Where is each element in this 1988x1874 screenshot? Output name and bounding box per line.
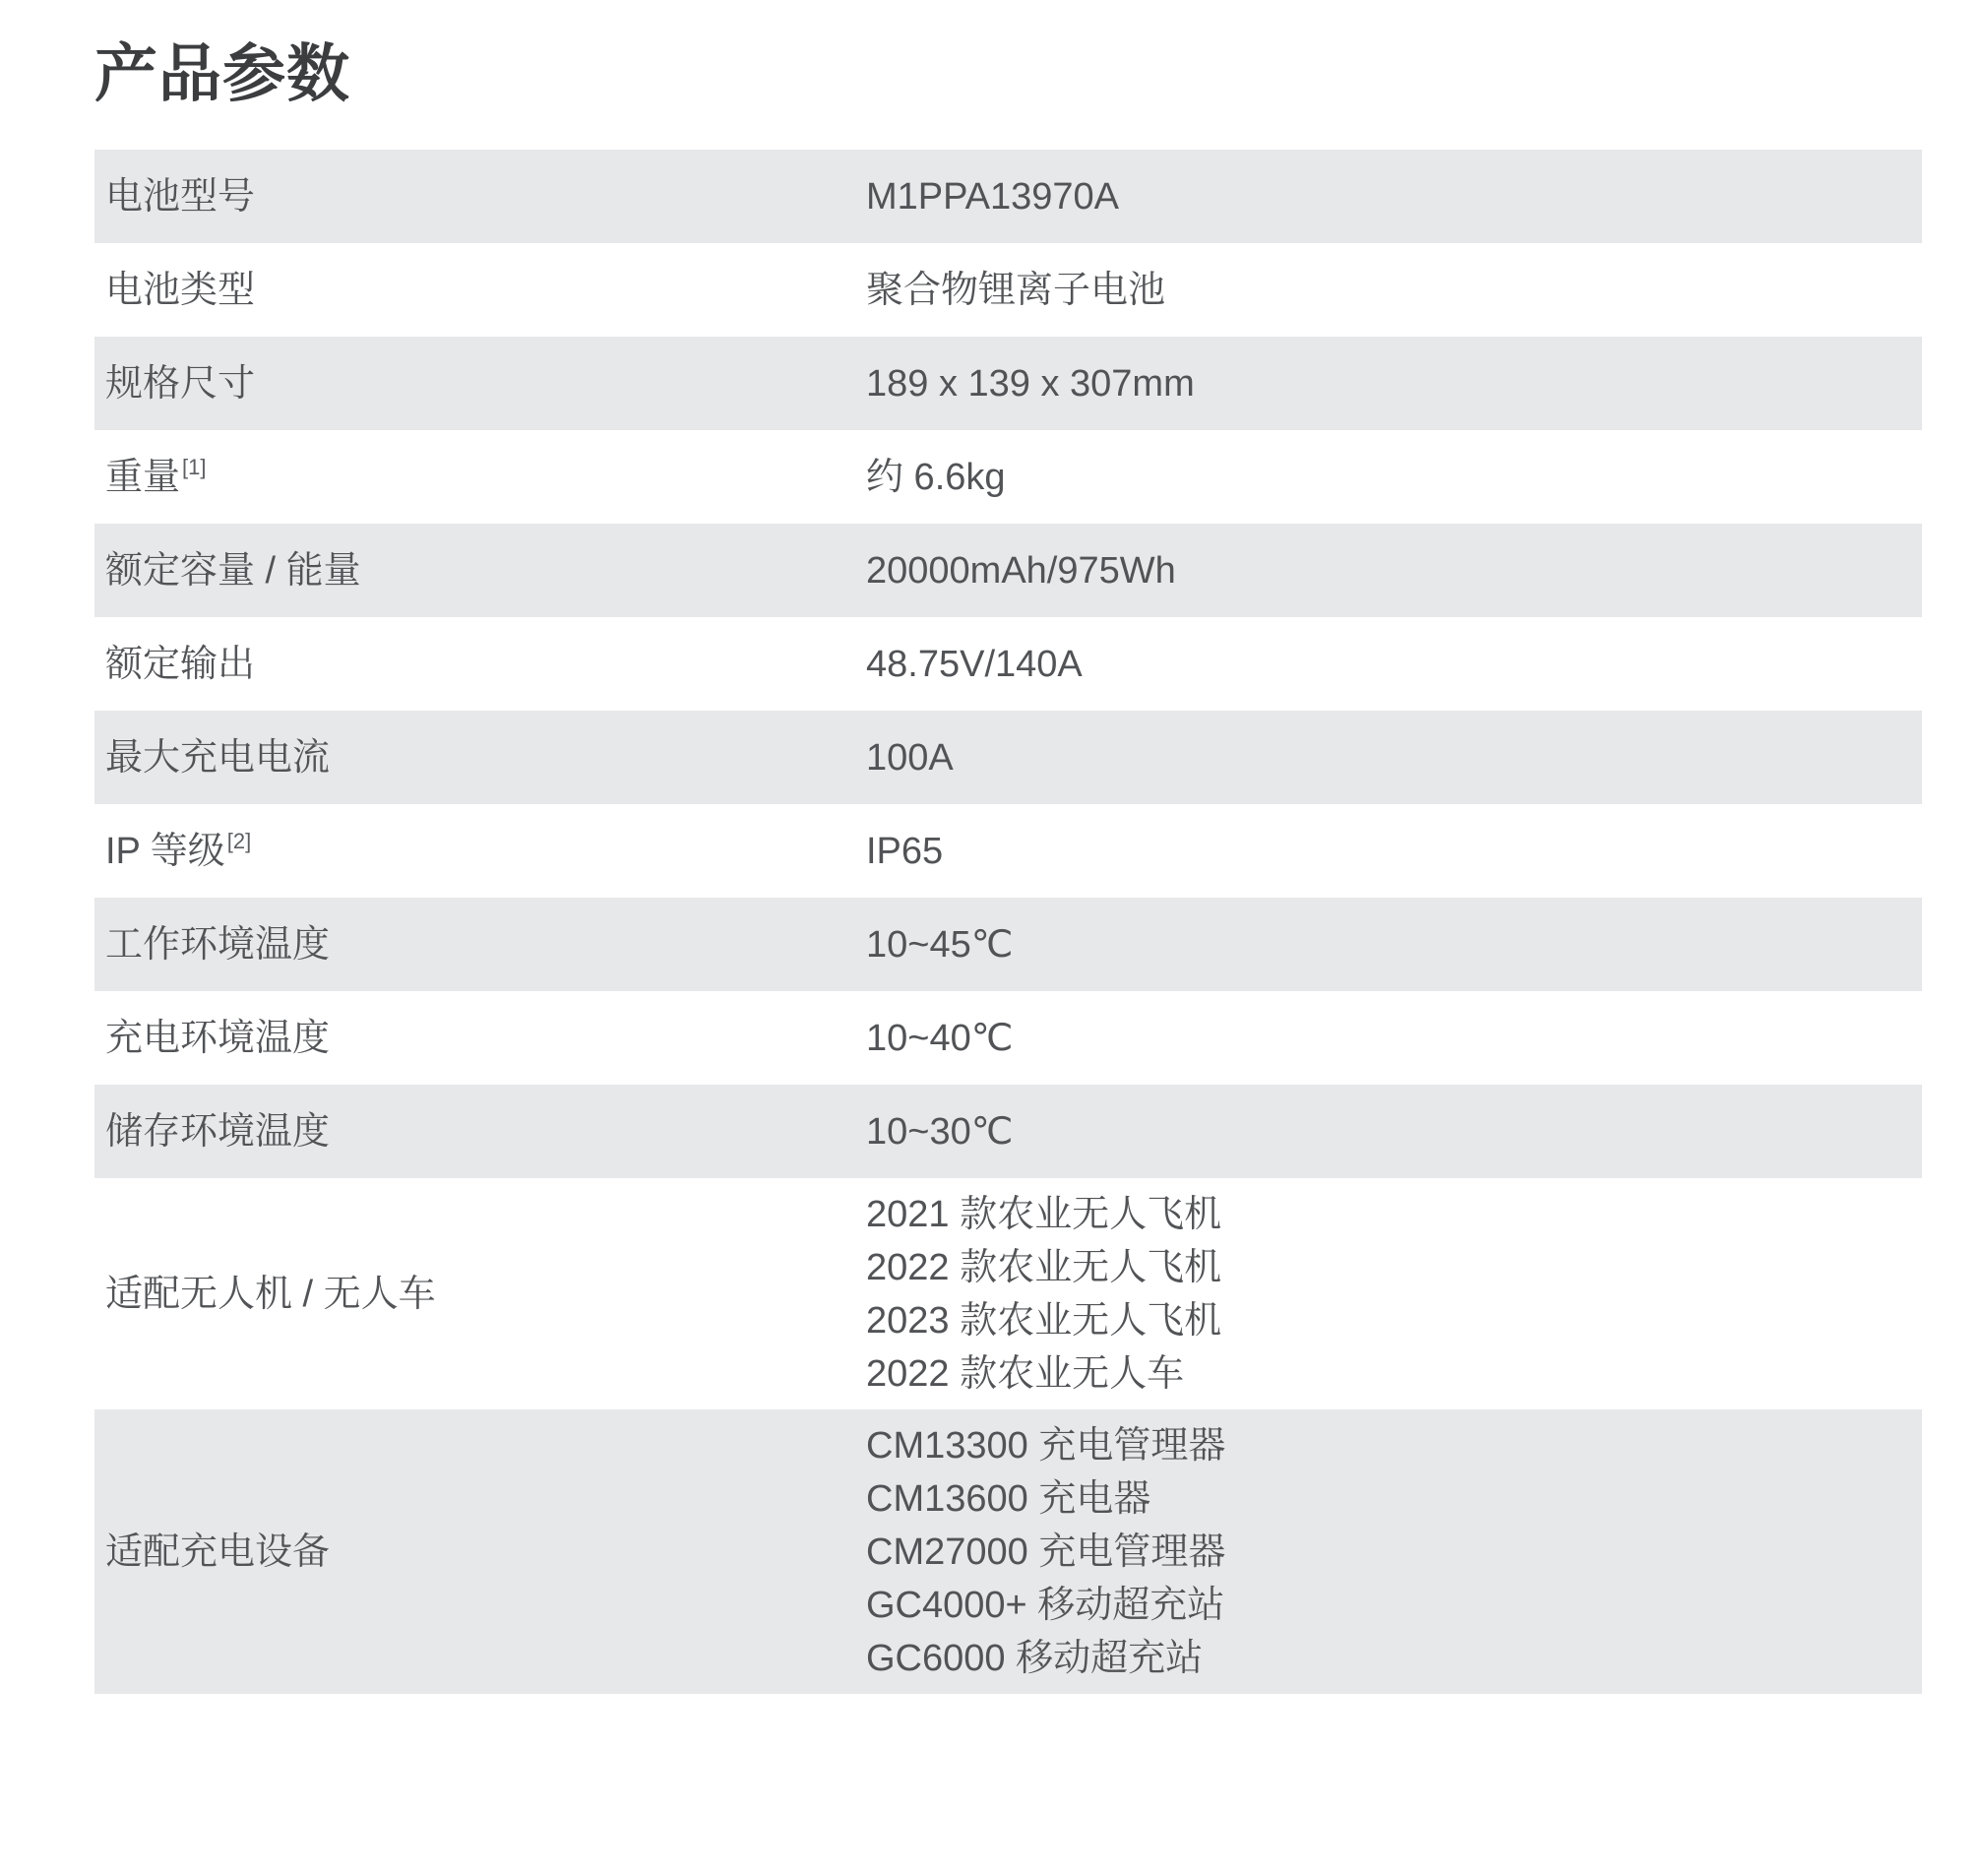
spec-label: 最大充电电流 xyxy=(94,734,866,781)
spec-value-text: 2022 款农业无人飞机 xyxy=(866,1241,1922,1294)
spec-value-text: 2022 款农业无人车 xyxy=(866,1347,1922,1401)
spec-label-text: IP 等级 xyxy=(105,831,225,872)
spec-label: 重量[1] xyxy=(94,454,866,501)
spec-row-charging-temp: 充电环境温度 10~40℃ xyxy=(94,991,1922,1085)
spec-value-text: CM13600 充电器 xyxy=(866,1472,1922,1526)
spec-value: 2021 款农业无人飞机 2022 款农业无人飞机 2023 款农业无人飞机 2… xyxy=(866,1188,1922,1401)
spec-value: 10~30℃ xyxy=(866,1105,1922,1158)
spec-value-text: 100A xyxy=(866,737,954,779)
spec-value: IP65 xyxy=(866,825,1922,878)
spec-row-dimensions: 规格尺寸 189 x 139 x 307mm xyxy=(94,337,1922,430)
spec-value-text: 20000mAh/975Wh xyxy=(866,550,1176,592)
spec-row-weight: 重量[1] 约 6.6kg xyxy=(94,430,1922,524)
spec-value: 约 6.6kg xyxy=(866,451,1922,504)
spec-table: 电池型号 M1PPA13970A 电池类型 聚合物锂离子电池 规格尺寸 189 … xyxy=(94,150,1922,1694)
spec-label: 储存环境温度 xyxy=(94,1108,866,1156)
spec-label-text: 重量 xyxy=(105,457,180,498)
spec-label-text: 额定容量 / 能量 xyxy=(105,550,361,592)
spec-label: 工作环境温度 xyxy=(94,921,866,968)
spec-label: 电池类型 xyxy=(94,267,866,314)
spec-value-text: 约 6.6kg xyxy=(866,457,1006,498)
spec-value-text: 10~45℃ xyxy=(866,924,1013,966)
spec-label-text: 电池类型 xyxy=(105,270,255,311)
spec-value-text: 2023 款农业无人飞机 xyxy=(866,1294,1922,1347)
spec-value-text: M1PPA13970A xyxy=(866,176,1119,218)
spec-label-text: 适配无人机 / 无人车 xyxy=(105,1274,436,1315)
spec-label: 额定容量 / 能量 xyxy=(94,547,866,594)
spec-row-battery-model: 电池型号 M1PPA13970A xyxy=(94,150,1922,243)
spec-value-text: CM27000 充电管理器 xyxy=(866,1526,1922,1579)
spec-label-text: 电池型号 xyxy=(105,176,255,218)
spec-label-text: 额定输出 xyxy=(105,644,255,685)
spec-value-text: 189 x 139 x 307mm xyxy=(866,363,1195,405)
spec-value: 100A xyxy=(866,731,1922,784)
page-title: 产品参数 xyxy=(94,41,1922,106)
spec-label: 适配充电设备 xyxy=(94,1529,866,1576)
spec-value: 聚合物锂离子电池 xyxy=(866,264,1922,317)
spec-label: 充电环境温度 xyxy=(94,1015,866,1062)
spec-label-text: 充电环境温度 xyxy=(105,1018,330,1059)
footnote-marker: [2] xyxy=(227,829,251,853)
spec-value: 10~45℃ xyxy=(866,918,1922,971)
spec-value: 189 x 139 x 307mm xyxy=(866,357,1922,410)
spec-value-text: 2021 款农业无人飞机 xyxy=(866,1188,1922,1241)
spec-value: 10~40℃ xyxy=(866,1012,1922,1065)
spec-value-text: IP65 xyxy=(866,831,943,872)
spec-row-compatible-drones: 适配无人机 / 无人车 2021 款农业无人飞机 2022 款农业无人飞机 20… xyxy=(94,1178,1922,1409)
spec-value-text: 10~30℃ xyxy=(866,1111,1013,1153)
spec-value-text: GC6000 移动超充站 xyxy=(866,1632,1922,1685)
product-specs-section: 产品参数 电池型号 M1PPA13970A 电池类型 聚合物锂离子电池 规格尺寸… xyxy=(94,0,1922,1694)
spec-label-text: 适配充电设备 xyxy=(105,1531,330,1573)
spec-value: 48.75V/140A xyxy=(866,638,1922,691)
footnote-marker: [1] xyxy=(182,455,206,479)
spec-label-text: 规格尺寸 xyxy=(105,363,255,405)
spec-label-text: 储存环境温度 xyxy=(105,1111,330,1153)
spec-value-text: CM13300 充电管理器 xyxy=(866,1419,1922,1472)
spec-row-operating-temp: 工作环境温度 10~45℃ xyxy=(94,898,1922,991)
spec-value: CM13300 充电管理器 CM13600 充电器 CM27000 充电管理器 … xyxy=(866,1419,1922,1685)
spec-value-text: GC4000+ 移动超充站 xyxy=(866,1579,1922,1632)
spec-value-text: 聚合物锂离子电池 xyxy=(866,270,1165,311)
spec-row-ip-rating: IP 等级[2] IP65 xyxy=(94,804,1922,898)
spec-label-text: 工作环境温度 xyxy=(105,924,330,966)
spec-value-text: 10~40℃ xyxy=(866,1018,1013,1059)
spec-row-storage-temp: 储存环境温度 10~30℃ xyxy=(94,1085,1922,1178)
spec-label: IP 等级[2] xyxy=(94,828,866,875)
spec-row-capacity-energy: 额定容量 / 能量 20000mAh/975Wh xyxy=(94,524,1922,617)
spec-label: 规格尺寸 xyxy=(94,360,866,407)
spec-label: 额定输出 xyxy=(94,641,866,688)
spec-row-compatible-chargers: 适配充电设备 CM13300 充电管理器 CM13600 充电器 CM27000… xyxy=(94,1409,1922,1694)
spec-label-text: 最大充电电流 xyxy=(105,737,330,779)
spec-value-text: 48.75V/140A xyxy=(866,644,1083,685)
spec-label: 电池型号 xyxy=(94,173,866,220)
spec-label: 适配无人机 / 无人车 xyxy=(94,1271,866,1318)
spec-value: M1PPA13970A xyxy=(866,170,1922,223)
spec-row-rated-output: 额定输出 48.75V/140A xyxy=(94,617,1922,711)
spec-row-battery-type: 电池类型 聚合物锂离子电池 xyxy=(94,243,1922,337)
spec-value: 20000mAh/975Wh xyxy=(866,544,1922,597)
spec-row-max-charge-current: 最大充电电流 100A xyxy=(94,711,1922,804)
